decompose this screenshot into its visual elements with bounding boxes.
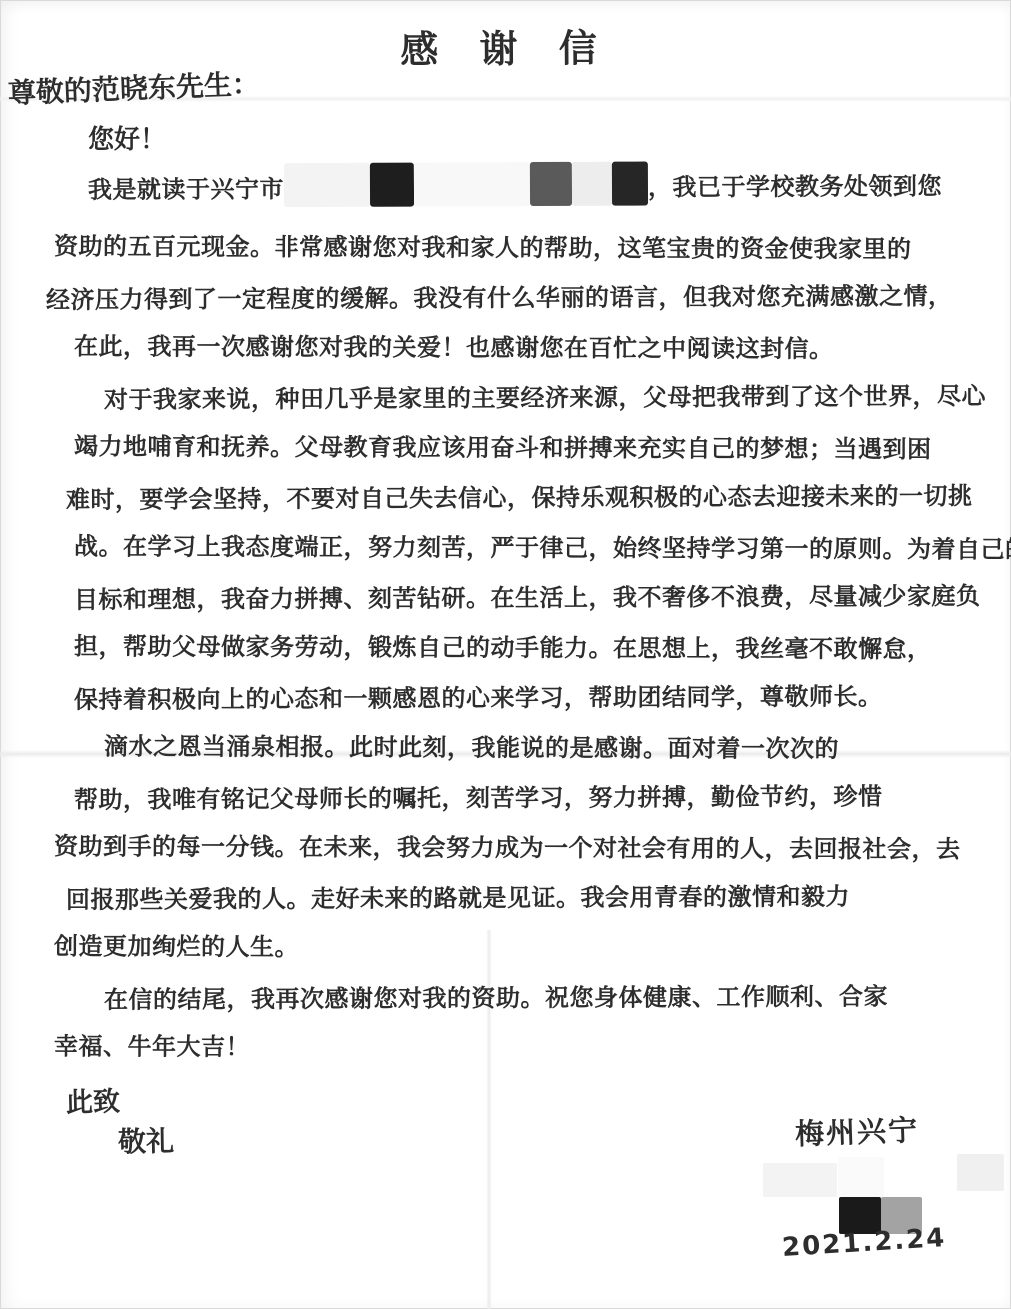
closing-respectfully: 此致 <box>65 1079 120 1119</box>
body-line: 滴水之恩当涌泉相报。此时此刻，我能说的是感谢。面对着一次次的 <box>104 721 995 774</box>
signature-redaction-block <box>763 1163 837 1197</box>
redaction-block <box>572 162 612 206</box>
redaction-block <box>414 162 530 207</box>
closing-salute: 敬礼 <box>118 1120 175 1161</box>
letter-body: 尊敬的范晓东先生： 您好！ 我是就读于兴宁市，我已于学校教务处领到您 资助的五百… <box>46 70 995 1073</box>
body-line: 担，帮助父母做家务劳动，锻炼自己的动手能力。在思想上，我丝毫不敢懈怠， <box>74 621 995 674</box>
body-line: 战。在学习上我态度端正，努力刻苦，严于律己，始终坚持学习第一的原则。为着自己的 <box>74 521 995 574</box>
redaction-block <box>612 162 648 206</box>
body-line: 帮助，我唯有铭记父母师长的嘱托，刻苦学习，努力拼搏，勤俭节约，珍惜 <box>74 771 995 825</box>
body-line: 竭力地哺育和抚养。父母教育我应该用奋斗和拼搏来充实自己的梦想；当遇到困 <box>74 421 995 474</box>
signature-date: 2021.2.24 <box>781 1223 947 1263</box>
body-line: 对于我家来说，种田几乎是家里的主要经济来源，父母把我带到了这个世界，尽心 <box>104 371 995 425</box>
letter-page: 感 谢 信 尊敬的范晓东先生： 您好！ 我是就读于兴宁市，我已于学校教务处领到您… <box>0 0 1011 1309</box>
body-line: 难时，要学会坚持，不要对自己失去信心，保持乐观积极的心态去迎接未来的一切挑 <box>66 471 995 525</box>
body-line: 资助到手的每一分钱。在未来，我会努力成为一个对社会有用的人，去回报社会，去 <box>54 821 995 874</box>
body-line-text: 我是就读于兴宁市 <box>88 175 284 204</box>
body-line: 保持着积极向上的心态和一颗感恩的心来学习，帮助团结同学，尊敬师长。 <box>74 671 995 725</box>
signature-redaction-block <box>957 1154 1004 1191</box>
signature-redaction-block <box>838 1157 884 1197</box>
greeting: 您好！ <box>88 118 995 162</box>
body-line: 创造更加绚烂的人生。 <box>54 921 995 974</box>
body-line: 在信的结尾，我再次感谢您对我的资助。祝您身体健康、工作顺利、合家 <box>104 971 995 1025</box>
body-line: 我是就读于兴宁市，我已于学校教务处领到您 <box>88 160 995 225</box>
redaction-block <box>284 163 370 207</box>
redaction-block <box>530 162 572 206</box>
body-line: 资助的五百元现金。非常感谢您对我和家人的帮助，这笔宝贵的资金使我家里的 <box>54 221 995 274</box>
body-line-text: ，我已于学校教务处领到您 <box>648 172 942 201</box>
body-line: 幸福、牛年大吉！ <box>54 1021 995 1074</box>
body-line: 经济压力得到了一定程度的缓解。我没有什么华丽的语言，但我对您充满感激之情， <box>46 271 995 325</box>
body-line: 回报那些关爱我的人。走好未来的路就是见证。我会用青春的激情和毅力 <box>66 871 995 925</box>
redacted-school-name <box>284 162 648 225</box>
signature-location: 梅州兴宁 <box>794 1108 919 1153</box>
body-line: 在此，我再一次感谢您对我的关爱！也感谢您在百忙之中阅读这封信。 <box>74 321 995 374</box>
redaction-block <box>370 163 414 207</box>
body-line: 目标和理想，我奋力拼搏、刻苦钻研。在生活上，我不奢侈不浪费，尽量减少家庭负 <box>74 571 995 625</box>
